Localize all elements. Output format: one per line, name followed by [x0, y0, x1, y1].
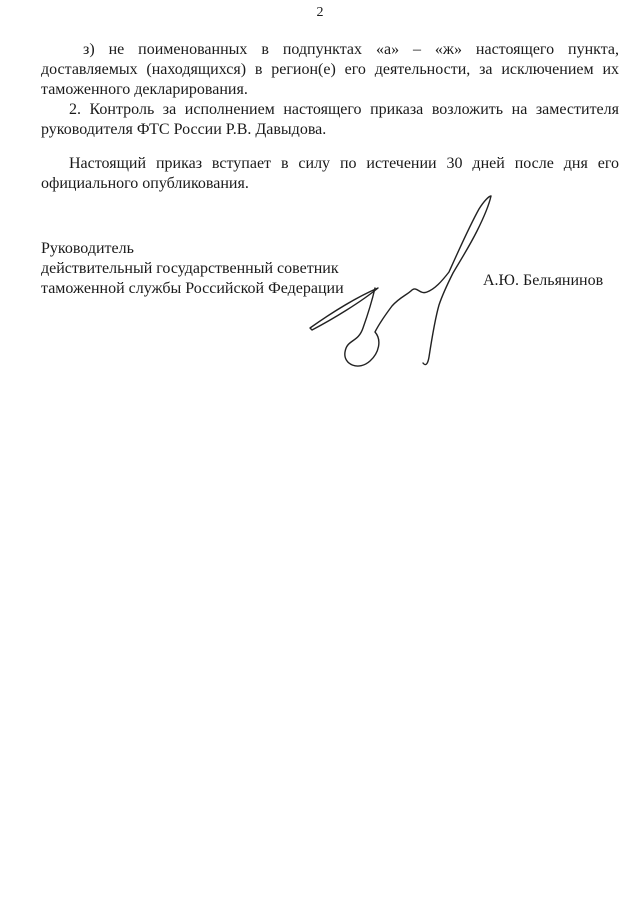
- document-body: з) не поименованных в подпунктах «а» – «…: [41, 40, 619, 194]
- signature-title-block: Руководитель действительный государствен…: [41, 239, 344, 299]
- paragraph-subpoint-z: з) не поименованных в подпунктах «а» – «…: [41, 40, 619, 100]
- signatory-name: А.Ю. Бельянинов: [483, 272, 603, 290]
- document-page: 2 з) не поименованных в подпунктах «а» –…: [0, 0, 640, 905]
- signature-title-line: действительный государственный советник: [41, 259, 344, 279]
- signature-main-stroke: [345, 196, 491, 366]
- paragraph-point-2: 2. Контроль за исполнением настоящего пр…: [41, 100, 619, 140]
- page-number: 2: [0, 5, 640, 21]
- handwritten-signature: [300, 183, 500, 373]
- signature-title-line: Руководитель: [41, 239, 344, 259]
- signature-title-line: таможенной службы Российской Федерации: [41, 279, 344, 299]
- signature-dash-stroke: [310, 288, 378, 330]
